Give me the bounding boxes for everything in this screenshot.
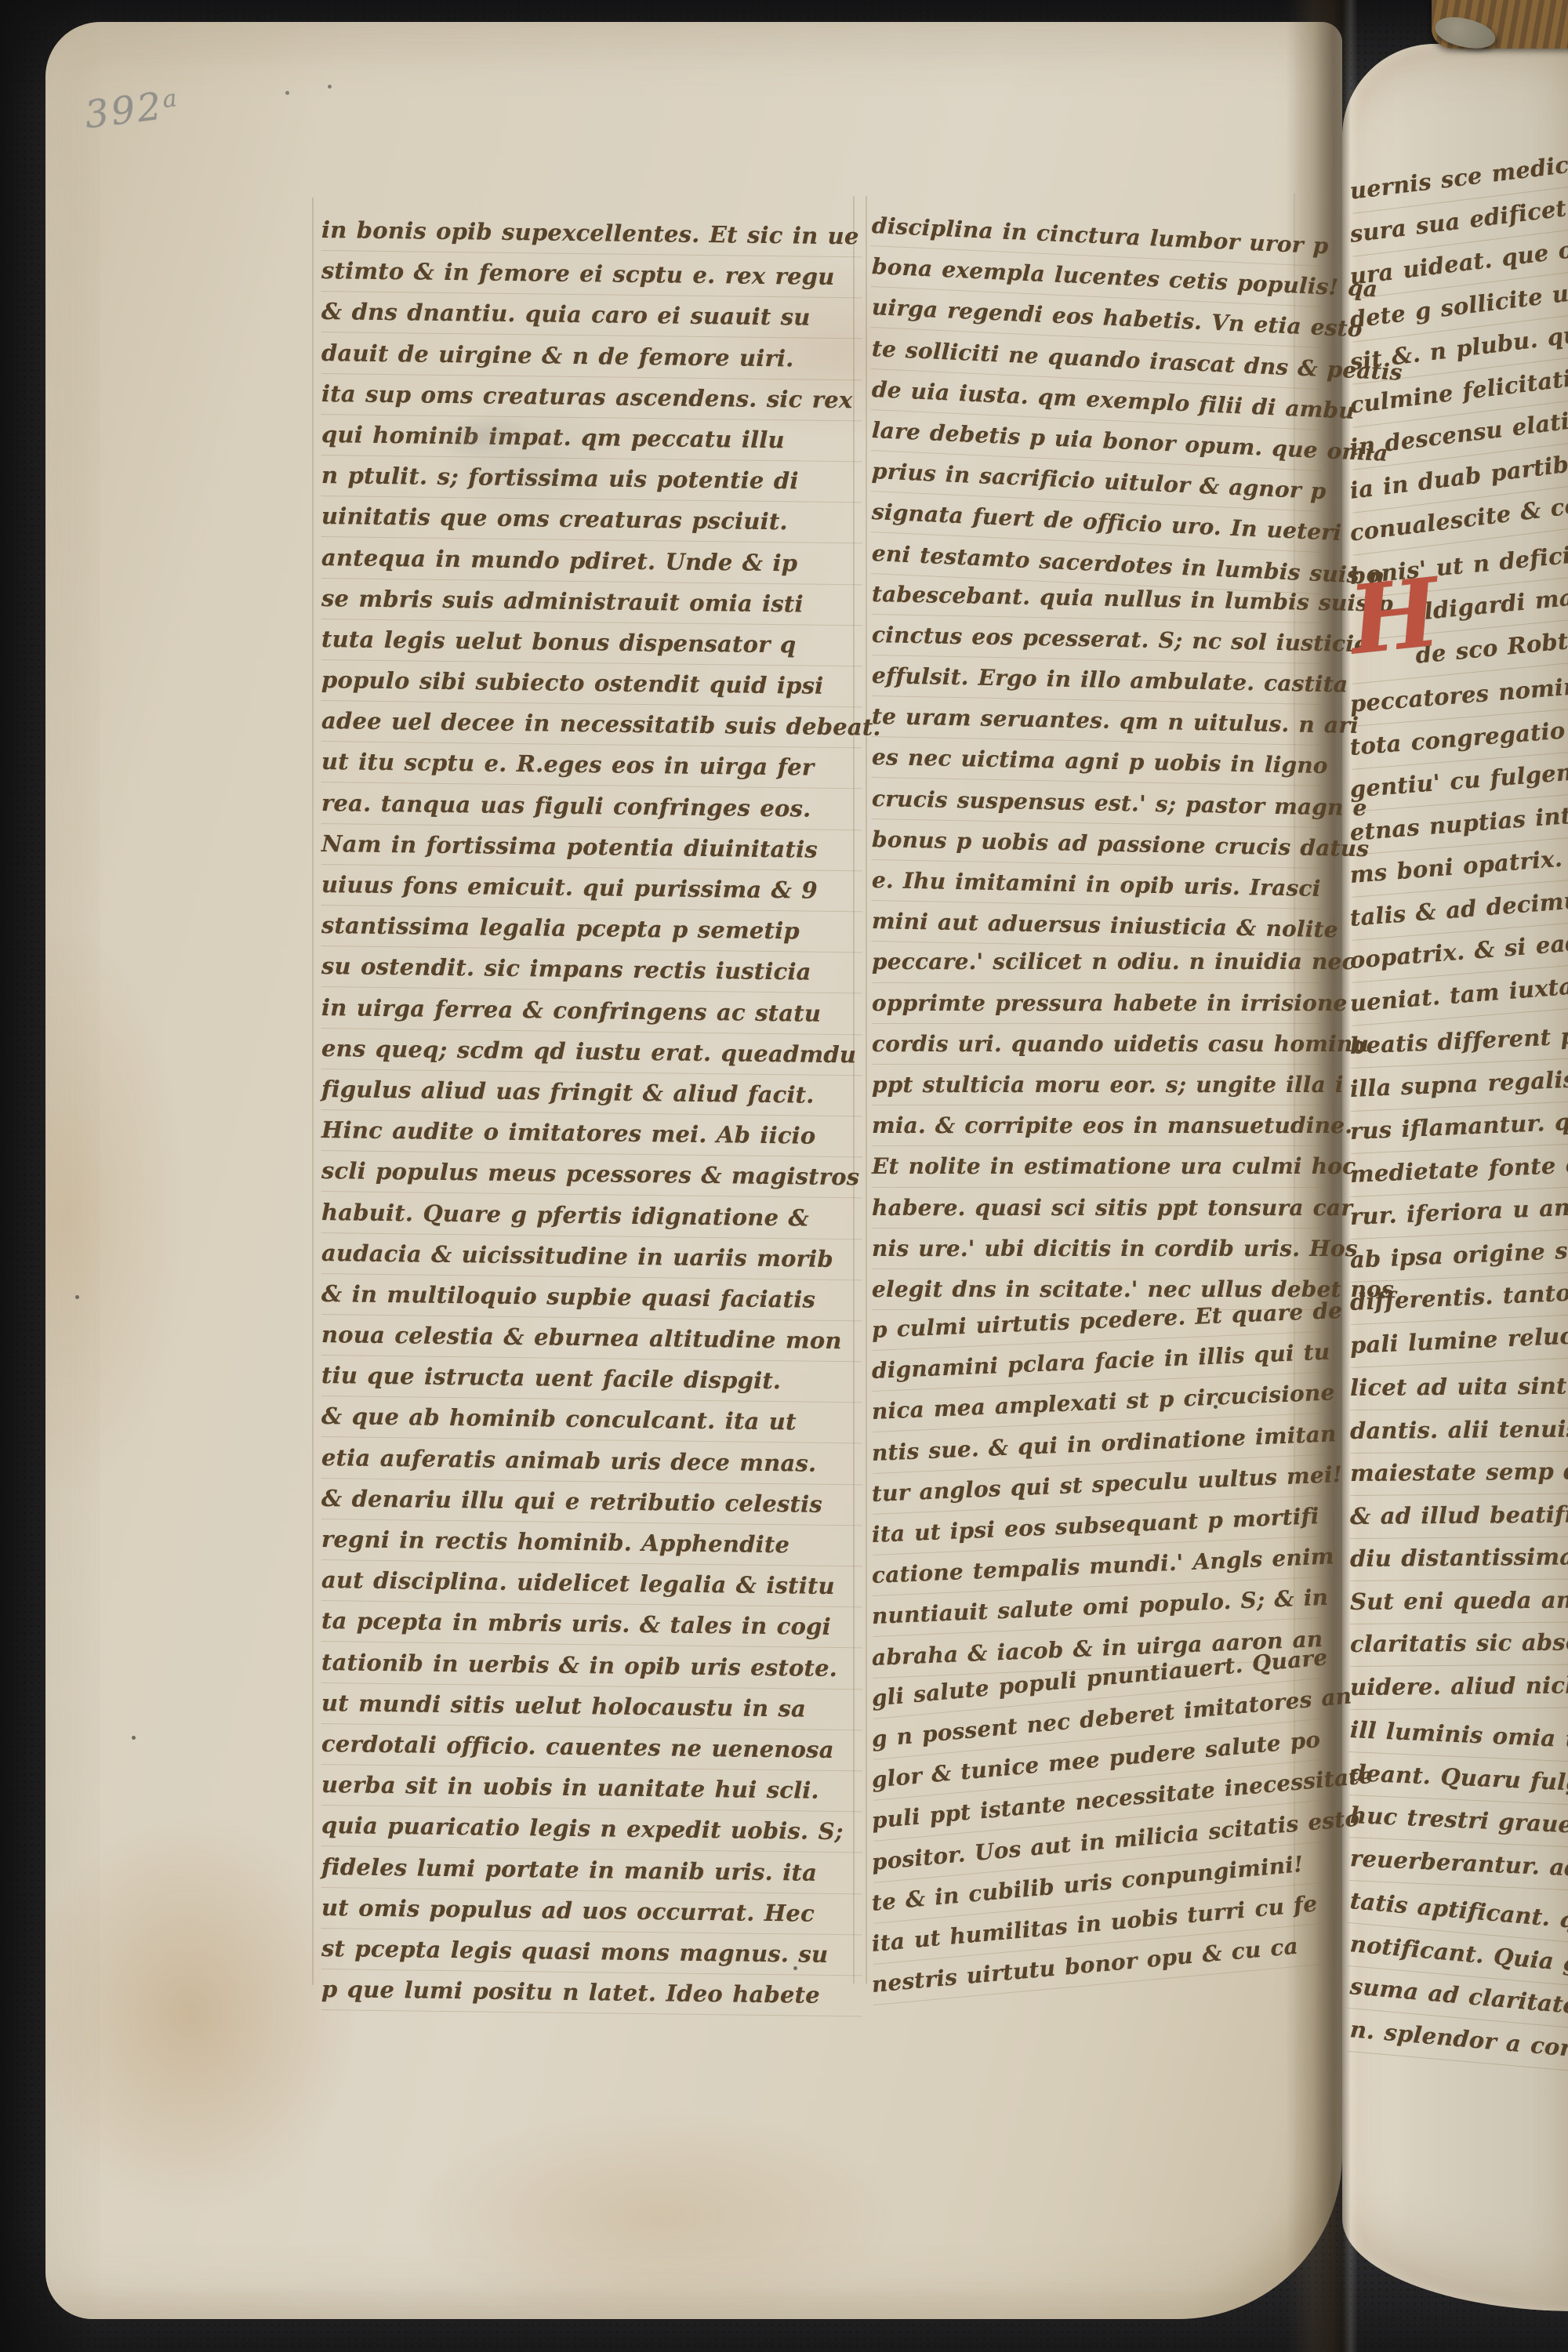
- ruling-vertical-line: [866, 196, 867, 1984]
- ruling-vertical-line: [312, 198, 314, 1985]
- text-line: Et nolite in estimatione ura culmi hoc: [872, 1146, 1323, 1187]
- text-line: tationib in uerbis & in opib uris estote…: [321, 1642, 863, 1690]
- text-line: adee uel decee in necessitatib suis debe…: [321, 701, 863, 749]
- text-line: peccare.' scilicet n odiu. n inuidia nec: [872, 942, 1323, 982]
- text-line: aut disciplina. uidelicet legalia & isti…: [321, 1560, 863, 1608]
- text-line: mia. & corripite eos in mansuetudine.: [872, 1105, 1323, 1146]
- text-line: populo sibi subiecto ostendit quid ipsi: [321, 660, 863, 708]
- text-line: uerba sit in uobis in uanitate hui scli.: [321, 1765, 863, 1813]
- text-line: habuit. Quare g pfertis idignatione &: [321, 1192, 863, 1240]
- dust-speck: [75, 1295, 79, 1299]
- text-line: tuta legis uelut bonus dispensator q: [321, 619, 863, 667]
- dust-speck: [328, 85, 332, 89]
- text-line: cerdotali officio. cauentes ne uenenosa: [321, 1724, 863, 1772]
- dust-speck: [285, 91, 289, 95]
- text-line: Sut eni queda anime in: [1350, 1578, 1568, 1624]
- folio-number-suffix: a: [161, 85, 180, 114]
- text-line: & dns dnantiu. quia caro ei suauit su: [321, 292, 863, 339]
- text-line: Hinc audite o imitatores mei. Ab iicio: [321, 1110, 863, 1158]
- text-line: dauit de uirgine & n de femore uiri.: [321, 333, 863, 381]
- text-line: p que lumi positu n latet. Ideo habete: [321, 1969, 863, 2017]
- text-line: etia auferatis animab uris dece mnas.: [321, 1438, 863, 1486]
- text-line: ppt stulticia moru eor. s; ungite illa i: [872, 1065, 1323, 1105]
- text-line: quia puaricatio legis n expedit uobis. S…: [321, 1806, 863, 1853]
- text-line: in uirga ferrea & confringens ac statu: [321, 988, 863, 1036]
- text-line: nis ure.' ubi dicitis in cordib uris. Ho…: [872, 1229, 1323, 1269]
- text-line: tiu que istructa uent facile dispgit.: [321, 1356, 863, 1403]
- text-line: claritatis sic absorte. ut a: [1350, 1621, 1568, 1667]
- text-line: uinitatis que oms creaturas psciuit.: [321, 496, 863, 544]
- text-line: stantissima legalia pcepta p semetip: [321, 906, 863, 953]
- text-line: audacia & uicissitudine in uariis morib: [321, 1233, 863, 1281]
- text-line: & in multiloquio supbie quasi faciatis: [321, 1274, 863, 1322]
- illuminated-initial-h: H: [1346, 572, 1443, 661]
- text-line: rea. tanqua uas figuli confringes eos.: [321, 783, 863, 831]
- text-line: scli populus meus pcessores & magistros: [321, 1151, 863, 1199]
- text-line: in bonis opib supexcellentes. Et sic in …: [321, 210, 863, 258]
- text-line: antequa in mundo pdiret. Unde & ip: [321, 538, 863, 586]
- text-line: ens queq; scdm qd iustu erat. queadmdu: [321, 1029, 863, 1076]
- text-line: uiuus fons emicuit. qui purissima & 9: [321, 865, 863, 913]
- text-line: n ptulit. s; fortissima uis potentie di: [321, 456, 863, 503]
- text-line: ita sup oms creaturas ascendens. sic rex: [321, 374, 863, 422]
- text-line: Nam in fortissima potentia diuinitatis: [321, 824, 863, 872]
- text-line: diu distantissima mobilit: [1350, 1536, 1568, 1581]
- text-line: licet ad uita sint pordina: [1350, 1365, 1568, 1410]
- left-page-column-1: in bonis opib supexcellentes. Et sic in …: [321, 210, 862, 2010]
- text-line: uidere. aliud nichil sentir: [1350, 1664, 1568, 1709]
- text-line: su ostendit. sic impans rectis iusticia: [321, 946, 863, 994]
- dust-speck: [793, 1966, 797, 1970]
- text-line: maiestate semp discurren: [1350, 1450, 1568, 1496]
- text-line: fideles lumi portate in manib uris. ita: [321, 1847, 863, 1895]
- text-line: habere. quasi sci sitis ppt tonsura car: [872, 1188, 1323, 1229]
- text-line: figulus aliud uas fringit & aliud facit.: [321, 1069, 863, 1117]
- photo-background: 392a in bonis opib supexcellentes. Et si…: [0, 0, 1568, 2352]
- text-line: cordis uri. quando uidetis casu hominu: [872, 1024, 1323, 1065]
- left-page-column-2: disciplina in cinctura lumbor uror pbona…: [872, 205, 1323, 2005]
- text-line: qui hominib impat. qm peccatu illu: [321, 415, 863, 463]
- text-line: ta pcepta in mbris uris. & tales in cogi: [321, 1601, 863, 1649]
- text-line: st pcepta legis quasi mons magnus. su: [321, 1929, 863, 1976]
- right-page-lines-top: uernis sce medicine unicisura sua edific…: [1350, 171, 1568, 556]
- right-page-column: uernis sce medicine unicisura sua edific…: [1350, 171, 1568, 2051]
- dust-speck: [132, 1736, 136, 1740]
- text-line: ut omis populus ad uos occurrat. Hec: [321, 1888, 863, 1936]
- text-line: opprimte pressura habete in irrisione: [872, 983, 1323, 1024]
- text-line: noua celestia & eburnea altitudine mon: [321, 1315, 863, 1363]
- text-line: ut mundi sitis uelut holocaustu in sa: [321, 1683, 863, 1731]
- text-line: regni in rectis hominib. Apphendite: [321, 1519, 863, 1567]
- dust-speck: [1214, 1405, 1218, 1409]
- text-line: dantis. alii tenuis. impetu: [1350, 1407, 1568, 1453]
- text-line: & que ab hominib conculcant. ita ut: [321, 1396, 863, 1444]
- text-line: se mbris suis administrauit omia isti: [321, 579, 863, 626]
- text-line: & ad illud beatificu princ: [1350, 1493, 1568, 1538]
- text-line: stimto & in femore ei scptu e. rex regu: [321, 251, 863, 299]
- text-line: & denariu illu qui e retributio celestis: [321, 1479, 863, 1526]
- right-page-lines-rest: peccatores nominetenusq; stota congregat…: [1350, 684, 1568, 2051]
- text-line: ut itu scptu e. R.eges eos in uirga fer: [321, 742, 863, 789]
